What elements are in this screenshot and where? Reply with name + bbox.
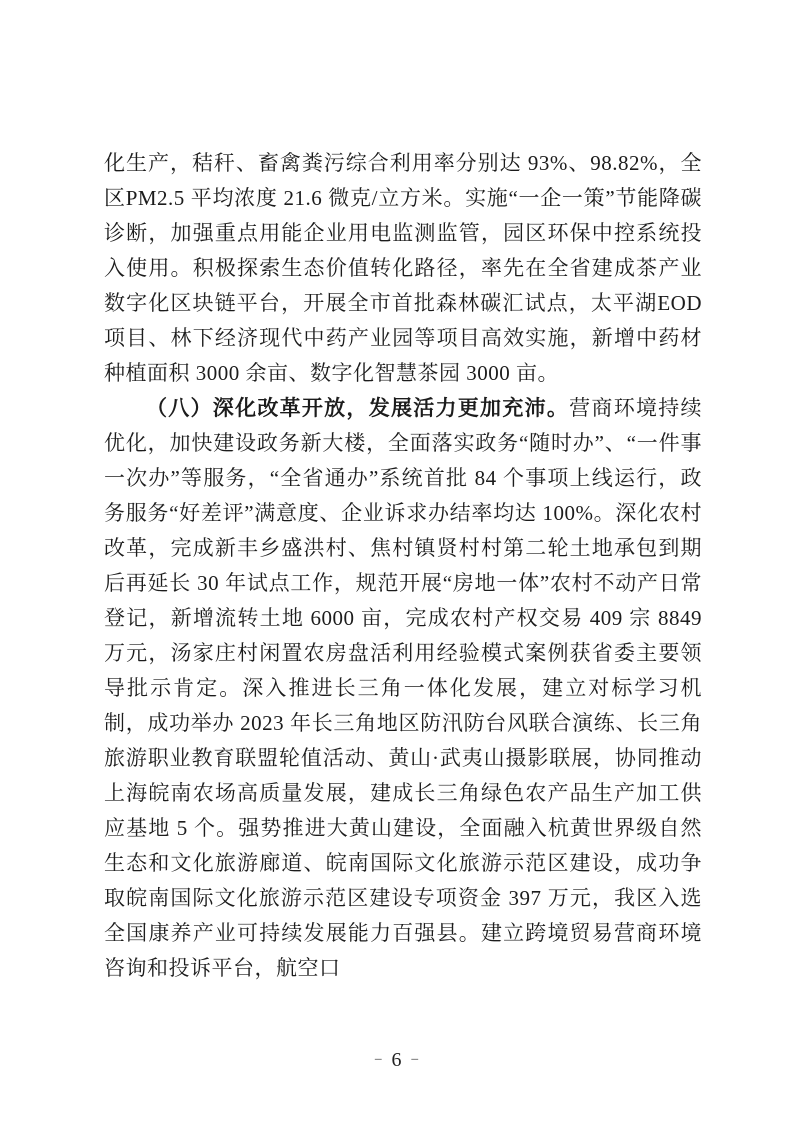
page-number: 6 <box>392 1049 402 1071</box>
document-page: 化生产，秸秆、畜禽粪污综合利用率分别达 93%、98.82%，全区PM2.5 平… <box>0 0 793 1122</box>
footer-dash-left: – <box>365 1049 392 1069</box>
section-8-body-text: 营商环境持续优化，加快建设政务新大楼，全面落实政务“随时办”、“一件事一次办”等… <box>104 396 702 980</box>
paragraph-section-8: （八）深化改革开放，发展活力更加充沛。营商环境持续优化，加快建设政务新大楼，全面… <box>104 391 702 986</box>
paragraph-continuation-text: 化生产，秸秆、畜禽粪污综合利用率分别达 93%、98.82%，全区PM2.5 平… <box>104 151 702 385</box>
page-footer: –6– <box>0 1046 793 1073</box>
footer-dash-right: – <box>402 1049 429 1069</box>
document-body: 化生产，秸秆、畜禽粪污综合利用率分别达 93%、98.82%，全区PM2.5 平… <box>104 146 702 986</box>
section-8-heading: （八）深化改革开放，发展活力更加充沛。 <box>146 396 569 420</box>
paragraph-continuation: 化生产，秸秆、畜禽粪污综合利用率分别达 93%、98.82%，全区PM2.5 平… <box>104 146 702 391</box>
